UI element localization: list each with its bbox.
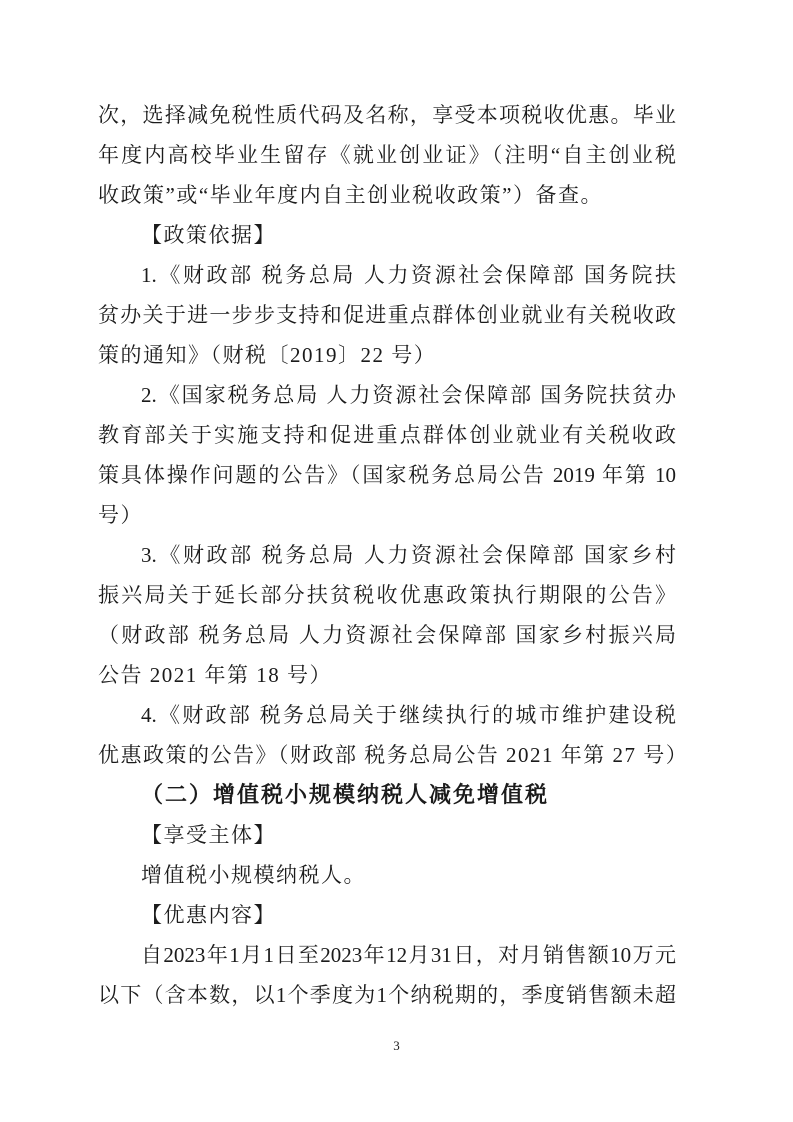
page-number: 3 — [0, 1036, 793, 1056]
document-line: 自2023年1月1日至2023年12月31日，对月销售额10万元 — [98, 935, 676, 975]
document-line: 贫办关于进一步步支持和促进重点群体创业就业有关税收政 — [98, 295, 676, 335]
document-line: 【优惠内容】 — [98, 895, 676, 935]
document-line: 振兴局关于延长部分扶贫税收优惠政策执行期限的公告》 — [98, 575, 676, 615]
document-line: 教育部关于实施支持和促进重点群体创业就业有关税收政 — [98, 415, 676, 455]
document-line: 策具体操作问题的公告》（国家税务总局公告 2019 年第 10 — [98, 455, 676, 495]
section-heading: （二）增值税小规模纳税人减免增值税 — [98, 775, 676, 815]
document-line: 3.《财政部 税务总局 人力资源社会保障部 国家乡村 — [98, 535, 676, 575]
document-line: 2.《国家税务总局 人力资源社会保障部 国务院扶贫办 — [98, 375, 676, 415]
document-line: 次，选择减免税性质代码及名称，享受本项税收优惠。毕业 — [98, 95, 676, 135]
document-body: 次，选择减免税性质代码及名称，享受本项税收优惠。毕业年度内高校毕业生留存《就业创… — [98, 95, 676, 1015]
document-line: 以下（含本数，以1个季度为1个纳税期的，季度销售额未超 — [98, 975, 676, 1015]
document-line: 收政策”或“毕业年度内自主创业税收政策”）备查。 — [98, 175, 676, 215]
document-line: 年度内高校毕业生留存《就业创业证》（注明“自主创业税 — [98, 135, 676, 175]
document-line: 公告 2021 年第 18 号） — [98, 655, 676, 695]
document-line: 【政策依据】 — [98, 215, 676, 255]
document-line: 4.《财政部 税务总局关于继续执行的城市维护建设税 — [98, 695, 676, 735]
document-line: 策的通知》（财税〔2019〕22 号） — [98, 335, 676, 375]
document-line: 增值税小规模纳税人。 — [98, 855, 676, 895]
document-line: 1.《财政部 税务总局 人力资源社会保障部 国务院扶 — [98, 255, 676, 295]
document-line: 号） — [98, 495, 676, 535]
document-page: 次，选择减免税性质代码及名称，享受本项税收优惠。毕业年度内高校毕业生留存《就业创… — [0, 0, 793, 1122]
document-line: （财政部 税务总局 人力资源社会保障部 国家乡村振兴局 — [98, 615, 676, 655]
document-line: 【享受主体】 — [98, 815, 676, 855]
document-line: 优惠政策的公告》（财政部 税务总局公告 2021 年第 27 号） — [98, 735, 676, 775]
